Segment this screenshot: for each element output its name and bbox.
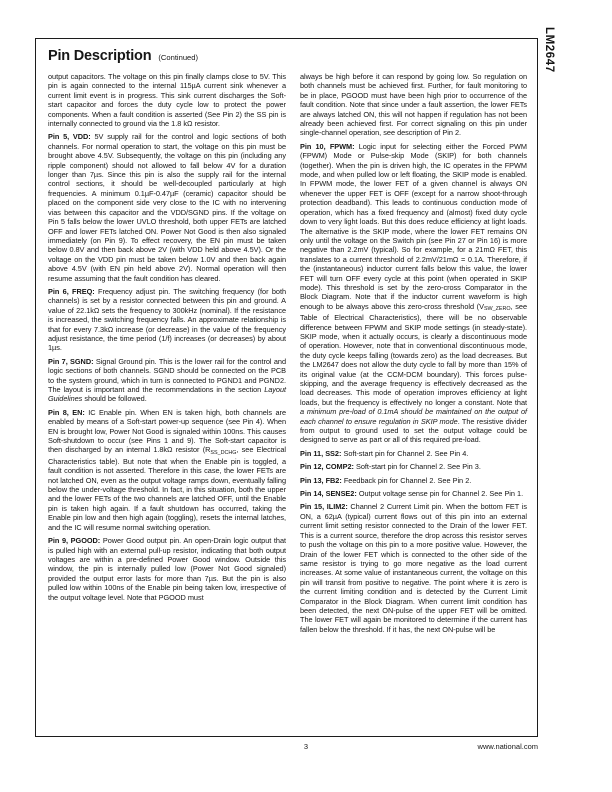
column-left: output capacitors. The voltage on this p…: [48, 72, 286, 638]
paragraph: Pin 10, FPWM: Logic input for selecting …: [300, 142, 527, 445]
datasheet-page-frame: Pin Description(Continued) output capaci…: [35, 38, 538, 737]
section-continued-note: (Continued): [158, 53, 198, 62]
paragraph: always be high before it can respond by …: [300, 72, 527, 138]
paragraph: Pin 12, COMP2: Soft-start pin for Channe…: [300, 462, 527, 471]
paragraph: Pin 15, ILIM2: Channel 2 Current Limit p…: [300, 502, 527, 634]
paragraph: Pin 8, EN: IC Enable pin. When EN is tak…: [48, 408, 286, 532]
part-number-side-label: LM2647: [543, 27, 555, 73]
paragraph: Pin 11, SS2: Soft-start pin for Channel …: [300, 449, 527, 458]
paragraph: Pin 14, SENSE2: Output voltage sense pin…: [300, 489, 527, 498]
paragraph: Pin 6, FREQ: Frequency adjust pin. The s…: [48, 287, 286, 353]
paragraph: output capacitors. The voltage on this p…: [48, 72, 286, 128]
paragraph: Pin 7, SGND: Signal Ground pin. This is …: [48, 357, 286, 404]
section-header: Pin Description(Continued): [48, 47, 527, 65]
paragraph: Pin 9, PGOOD: Power Good output pin. An …: [48, 536, 286, 602]
footer-website: www.national.com: [478, 742, 538, 751]
text-columns: output capacitors. The voltage on this p…: [48, 72, 527, 638]
column-right: always be high before it can respond by …: [300, 72, 527, 638]
section-title: Pin Description: [48, 48, 151, 64]
paragraph: Pin 13, FB2: Feedback pin for Channel 2.…: [300, 476, 527, 485]
paragraph: Pin 5, VDD: 5V supply rail for the contr…: [48, 132, 286, 283]
